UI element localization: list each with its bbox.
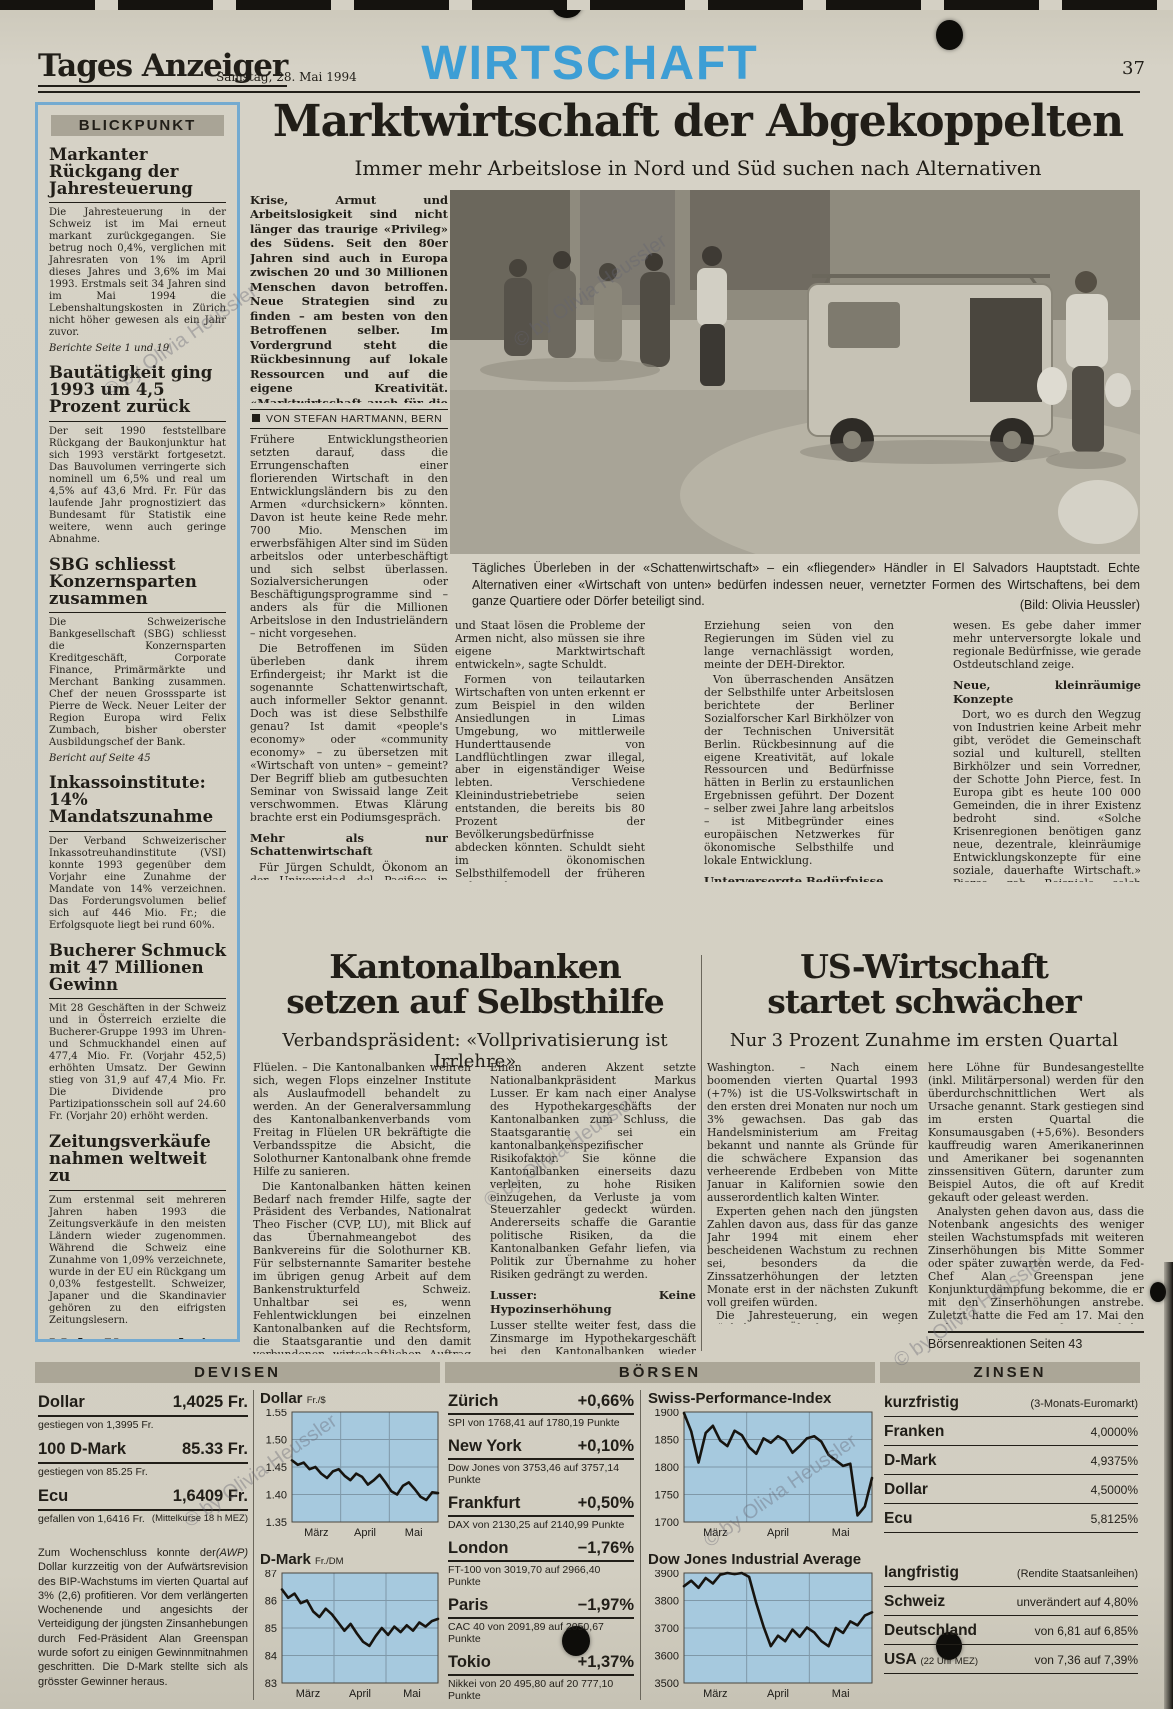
newspaper-page: Tages Anzeiger Samstag, 28. Mai 1994 WIR… bbox=[0, 0, 1173, 1709]
boersen-rows: Zürich+0,66% SPI von 1768,41 auf 1780,19… bbox=[448, 1392, 634, 1709]
sub-heading: Mehr als nur Schattenwirtschaft bbox=[250, 832, 448, 860]
exchange-row: Zürich+0,66% SPI von 1768,41 auf 1780,19… bbox=[448, 1392, 634, 1429]
scan-right-edge bbox=[1164, 1262, 1173, 1709]
currency-label: Ecu bbox=[38, 1487, 68, 1506]
exchange-pct: −1,76% bbox=[578, 1539, 634, 1558]
chart-title-text: Swiss-Performance-Index bbox=[648, 1390, 831, 1407]
photo-credit: (Bild: Olivia Heussler) bbox=[940, 598, 1140, 612]
street-scene-illustration bbox=[450, 190, 1140, 554]
currency-value: 1,4025 Fr. bbox=[173, 1393, 248, 1412]
article-reference: Berichte Seite 1 und 19 bbox=[49, 343, 226, 354]
svg-text:März: März bbox=[304, 1527, 328, 1539]
article-reference: Bericht auf Seite 45 bbox=[49, 753, 226, 764]
currency-note: gestiegen von 85.25 Fr. bbox=[38, 1466, 148, 1478]
exchange-pct: +0,66% bbox=[578, 1392, 634, 1411]
spi-chart-title: Swiss-Performance-Index bbox=[648, 1390, 876, 1407]
blickpunkt-article: Inkassoinstitute: 14% Mandatszunahme Der… bbox=[49, 775, 226, 931]
dollar-chart-title: Dollar Fr./$ bbox=[260, 1390, 440, 1407]
svg-text:1800: 1800 bbox=[655, 1462, 679, 1474]
sub-heading: Unterversorgte Bedürfnisse bbox=[704, 875, 894, 882]
svg-text:3900: 3900 bbox=[655, 1570, 679, 1580]
us-column-1: Washington. – Nach einem boomenden viert… bbox=[707, 1062, 918, 1324]
rate-label: USA (22 Uhr MEZ) bbox=[884, 1651, 978, 1669]
rate-value: 5,8125% bbox=[1091, 1512, 1138, 1526]
byline: VON STEFAN HARTMANN, BERN bbox=[250, 409, 448, 429]
rate-label-note: (22 Uhr MEZ) bbox=[920, 1656, 978, 1667]
exchange-note: Nikkei von 20 495,80 auf 20 777,10 Punkt… bbox=[448, 1676, 634, 1702]
svg-text:1.55: 1.55 bbox=[266, 1409, 287, 1419]
article-lead: Krise, Armut und Arbeitslosigkeit sind n… bbox=[250, 193, 448, 403]
byline-square-icon bbox=[252, 414, 260, 422]
rate-label: Schweiz bbox=[884, 1593, 945, 1611]
rate-row: Deutschland von 6,81 auf 6,85% bbox=[884, 1616, 1138, 1645]
us-economy-headline: US-Wirtschaft startet schwächer bbox=[703, 950, 1145, 1020]
rate-value: 4,0000% bbox=[1091, 1425, 1138, 1439]
headline-line: US-Wirtschaft bbox=[703, 950, 1145, 985]
scan-bottom-edge bbox=[0, 0, 1173, 10]
rate-section-scope: (Rendite Staatsanleihen) bbox=[1017, 1568, 1138, 1580]
exchange-row: New York+0,10% Dow Jones von 3753,46 auf… bbox=[448, 1437, 634, 1486]
article-body: Mit 28 Geschäften in der Schweiz und in … bbox=[49, 1003, 226, 1123]
exchange-note: FT-100 von 3019,70 auf 2966,40 Punkte bbox=[448, 1562, 634, 1588]
rate-row: Ecu 5,8125% bbox=[884, 1504, 1138, 1533]
currency-label: Dollar bbox=[38, 1393, 85, 1412]
rate-section-header: langfristig (Rendite Staatsanleihen) bbox=[884, 1558, 1138, 1587]
currency-note: gestiegen von 1,3995 Fr. bbox=[38, 1419, 154, 1431]
sub-heading: Neue, kleinräumige Konzepte bbox=[953, 679, 1141, 707]
rate-label: Ecu bbox=[884, 1510, 912, 1528]
article-title: Mehr Umsatz beim Werbefernsehen bbox=[49, 1338, 226, 1342]
punch-hole bbox=[936, 20, 963, 50]
exchange-note: SPI von 1768,41 auf 1780,19 Punkte bbox=[448, 1415, 634, 1429]
rate-label-text: USA bbox=[884, 1651, 916, 1668]
rate-value: unverändert auf 4,80% bbox=[1017, 1595, 1138, 1609]
dow-chart: 39003800370036003500MärzAprilMai bbox=[646, 1570, 874, 1702]
currency-row: 100 D-Mark85.33 Fr. gestiegen von 85.25 … bbox=[38, 1437, 248, 1484]
article-column-4: wesen. Es gebe daher immer mehr unterver… bbox=[953, 620, 1141, 882]
article-title: Zeitungsverkäufe nahmen weltweit zu bbox=[49, 1134, 226, 1190]
exchange-city: London bbox=[448, 1539, 508, 1558]
svg-text:1700: 1700 bbox=[655, 1517, 679, 1529]
boersen-reference: Börsenreaktionen Seiten 43 bbox=[928, 1337, 1144, 1351]
article-title: SBG schliesst Konzern­sparten zusammen bbox=[49, 557, 226, 613]
svg-text:Mai: Mai bbox=[832, 1527, 850, 1539]
exchange-note: DAX von 2130,25 auf 2140,99 Punkte bbox=[448, 1517, 634, 1531]
article-column-3: Erziehung seien von den Regierungen im S… bbox=[704, 620, 894, 882]
svg-text:1750: 1750 bbox=[655, 1490, 679, 1502]
article-column-1: Frühere Entwicklungstheorien setzten dar… bbox=[250, 434, 448, 880]
svg-text:April: April bbox=[767, 1688, 789, 1700]
svg-text:3700: 3700 bbox=[655, 1623, 679, 1635]
spi-chart: 19001850180017501700MärzAprilMai bbox=[646, 1409, 874, 1541]
blickpunkt-article: Zeitungsverkäufe nahmen weltweit zu Zum … bbox=[49, 1134, 226, 1326]
panel-divider bbox=[253, 1390, 254, 1700]
boersen-header: BÖRSEN bbox=[445, 1362, 875, 1383]
chart-title-text: Dollar bbox=[260, 1390, 303, 1407]
dow-chart-title: Dow Jones Industrial Average bbox=[648, 1551, 876, 1568]
exchange-row: Paris−1,97% CAC 40 von 2091,89 auf 2050,… bbox=[448, 1596, 634, 1645]
paragraph: Frühere Entwicklungstheorien setzten dar… bbox=[250, 434, 448, 641]
exchange-row: Frankfurt+0,50% DAX von 2130,25 auf 2140… bbox=[448, 1494, 634, 1531]
us-economy-subhead: Nur 3 Prozent Zunahme im ersten Quartal bbox=[703, 1030, 1145, 1051]
paragraph: Die Betroffenen im Süden überleben dank … bbox=[250, 643, 448, 824]
svg-text:3600: 3600 bbox=[655, 1651, 679, 1663]
kantonalbanken-column-2: Einen anderen Akzent setzte Nationalbank… bbox=[490, 1062, 696, 1354]
svg-text:87: 87 bbox=[265, 1570, 277, 1580]
us-column-2: here Löhne für Bundesangestellte (inkl. … bbox=[928, 1062, 1144, 1324]
exchange-note: CAC 40 von 2091,89 auf 2050,67 Punkte bbox=[448, 1619, 634, 1645]
paragraph: Die Kantonalbanken hätten keinen Bedarf … bbox=[253, 1181, 471, 1354]
exchange-row: London−1,76% FT-100 von 3019,70 auf 2966… bbox=[448, 1539, 634, 1588]
article-body: Die Schweizerische Bankgesellschaft (SBG… bbox=[49, 617, 226, 749]
agency-signature: (AWP) bbox=[216, 1546, 248, 1560]
rate-section-title: langfristig bbox=[884, 1564, 959, 1582]
page-number: 37 bbox=[1122, 58, 1145, 79]
kantonalbanken-headline: Kantonalbanken setzen auf Selbsthilfe bbox=[250, 950, 700, 1020]
blickpunkt-article: SBG schliesst Konzern­sparten zusammen D… bbox=[49, 557, 226, 764]
paragraph: Dort, wo es durch den Wegzug von Industr… bbox=[953, 709, 1141, 882]
rate-section-header: kurzfristig (3-Monats-Euromarkt) bbox=[884, 1388, 1138, 1417]
kantonalbanken-column-1: Flüelen. – Die Kantonalbanken wehren sic… bbox=[253, 1062, 471, 1354]
currency-note: gefallen von 1,6416 Fr. bbox=[38, 1513, 145, 1525]
paragraph: Erziehung seien von den Regierungen im S… bbox=[704, 620, 894, 672]
exchange-pct: +0,50% bbox=[578, 1494, 634, 1513]
svg-text:April: April bbox=[354, 1527, 376, 1539]
headline-line: startet schwächer bbox=[703, 985, 1145, 1020]
article-body: Zum erstenmal seit mehreren Jahren haben… bbox=[49, 1195, 226, 1327]
rate-row: Franken 4,0000% bbox=[884, 1417, 1138, 1446]
paragraph: Washington. – Nach einem boomenden viert… bbox=[707, 1062, 918, 1204]
rate-label: Deutschland bbox=[884, 1622, 977, 1640]
main-subhead: Immer mehr Arbeitslose in Nord und Süd s… bbox=[252, 156, 1144, 180]
zinsen-long-term: langfristig (Rendite Staatsanleihen) Sch… bbox=[884, 1558, 1138, 1674]
rate-value: von 7,36 auf 7,39% bbox=[1035, 1653, 1138, 1667]
exchange-city: Tokio bbox=[448, 1653, 491, 1672]
headline-line: setzen auf Selbsthilfe bbox=[250, 985, 700, 1020]
rate-row: USA (22 Uhr MEZ) von 7,36 auf 7,39% bbox=[884, 1645, 1138, 1674]
svg-text:März: März bbox=[296, 1688, 320, 1700]
rate-section-title: kurzfristig bbox=[884, 1394, 959, 1412]
exchange-pct: +1,37% bbox=[578, 1653, 634, 1672]
exchange-pct: −1,97% bbox=[578, 1596, 634, 1615]
dollar-chart: 1.551.501.451.401.35MärzAprilMai bbox=[258, 1409, 440, 1541]
panel-divider bbox=[640, 1390, 641, 1700]
exchange-city: Paris bbox=[448, 1596, 488, 1615]
svg-text:83: 83 bbox=[265, 1678, 277, 1690]
headline-line: Kantonalbanken bbox=[250, 950, 700, 985]
article-body: Der Verband Schweizerischer Inkassotreuh… bbox=[49, 836, 226, 932]
rate-value: von 6,81 auf 6,85% bbox=[1035, 1624, 1138, 1638]
issue-date: Samstag, 28. Mai 1994 bbox=[216, 70, 357, 84]
rate-label: D-Mark bbox=[884, 1452, 937, 1470]
chart-unit: Fr./$ bbox=[307, 1395, 326, 1406]
paragraph: Für Jürgen Schuldt, Ökonom an der Univer… bbox=[250, 862, 448, 880]
svg-text:3500: 3500 bbox=[655, 1678, 679, 1690]
svg-text:Mai: Mai bbox=[832, 1688, 850, 1700]
paragraph: Flüelen. – Die Kantonalbanken wehren sic… bbox=[253, 1062, 471, 1179]
svg-text:1900: 1900 bbox=[655, 1409, 679, 1419]
exchange-city: Frankfurt bbox=[448, 1494, 520, 1513]
exchange-city: New York bbox=[448, 1437, 522, 1456]
article-title: Markanter Rückgang der Jahresteuerung bbox=[49, 147, 226, 203]
exchange-pct: +0,10% bbox=[578, 1437, 634, 1456]
chart-title-text: Dow Jones Industrial Average bbox=[648, 1551, 861, 1568]
paragraph: here Löhne für Bundesangestellte (inkl. … bbox=[928, 1062, 1144, 1204]
chart-unit: Fr./DM bbox=[315, 1556, 344, 1567]
rate-row: Schweiz unverändert auf 4,80% bbox=[884, 1587, 1138, 1616]
commentary-text: Zum Wochenschluss konnte der Dollar kurz… bbox=[38, 1547, 248, 1688]
svg-text:April: April bbox=[767, 1527, 789, 1539]
article-title: Inkassoinstitute: 14% Mandatszunahme bbox=[49, 775, 226, 831]
byline-text: VON STEFAN HARTMANN, BERN bbox=[266, 413, 442, 425]
article-title: Bucherer Schmuck mit 47 Millionen Gewinn bbox=[49, 943, 226, 999]
svg-text:Mai: Mai bbox=[403, 1688, 421, 1700]
rate-value: 4,5000% bbox=[1091, 1483, 1138, 1497]
dmark-chart-title: D-Mark Fr./DM bbox=[260, 1551, 440, 1568]
paragraph: und Staat lösen die Probleme der Armen n… bbox=[455, 620, 645, 672]
svg-text:85: 85 bbox=[265, 1623, 277, 1635]
paragraph: Die Jahresteuerung, ein wegen möglicher … bbox=[707, 1310, 918, 1324]
blickpunkt-article: Bucherer Schmuck mit 47 Millionen Gewinn… bbox=[49, 943, 226, 1123]
svg-text:3800: 3800 bbox=[655, 1596, 679, 1608]
rate-section-scope: (3-Monats-Euromarkt) bbox=[1030, 1398, 1138, 1410]
blickpunkt-box: BLICKPUNKT Markanter Rückgang der Jahres… bbox=[35, 102, 240, 1342]
zinsen-header: ZINSEN bbox=[880, 1362, 1140, 1383]
paragraph: wesen. Es gebe daher immer mehr unterver… bbox=[953, 620, 1141, 672]
column-divider bbox=[701, 955, 702, 1351]
paragraph: Lusser stellte weiter fest, dass die Zin… bbox=[490, 1320, 696, 1354]
paragraph: Formen von teilautarken Wirtschaften von… bbox=[455, 674, 645, 882]
svg-text:März: März bbox=[703, 1688, 727, 1700]
zinsen-short-term: kurzfristig (3-Monats-Euromarkt) Franken… bbox=[884, 1388, 1138, 1533]
sub-heading: Lusser: Keine Hypozinserhöhung bbox=[490, 1289, 696, 1317]
rate-label: Dollar bbox=[884, 1481, 928, 1499]
dmark-chart: 8786858483MärzAprilMai bbox=[258, 1570, 440, 1702]
rate-label: Franken bbox=[884, 1423, 944, 1441]
svg-text:April: April bbox=[349, 1688, 371, 1700]
currency-value: 85.33 Fr. bbox=[182, 1440, 248, 1459]
article-body: Der seit 1990 feststellbare Rückgang der… bbox=[49, 426, 226, 546]
exchange-row: Tokio+1,37% Nikkei von 20 495,80 auf 20 … bbox=[448, 1653, 634, 1702]
article-photo bbox=[450, 190, 1140, 554]
exchange-note: Dow Jones von 3753,46 auf 3757,14 Punkte bbox=[448, 1460, 634, 1486]
currency-label: 100 D-Mark bbox=[38, 1440, 126, 1459]
rate-row: Dollar 4,5000% bbox=[884, 1475, 1138, 1504]
svg-text:1.40: 1.40 bbox=[266, 1490, 287, 1502]
currency-row: Dollar1,4025 Fr. gestiegen von 1,3995 Fr… bbox=[38, 1390, 248, 1437]
svg-text:86: 86 bbox=[265, 1596, 277, 1608]
main-headline: Marktwirtschaft der Abgekoppelten bbox=[252, 100, 1144, 144]
header-rule bbox=[38, 91, 1140, 93]
chart-title-text: D-Mark bbox=[260, 1551, 311, 1568]
svg-text:84: 84 bbox=[265, 1651, 277, 1663]
section-title: WIRTSCHAFT bbox=[380, 36, 800, 91]
svg-text:1850: 1850 bbox=[655, 1435, 679, 1447]
svg-text:1.35: 1.35 bbox=[266, 1517, 287, 1529]
paragraph: Von überraschenden Ansätzen der Selbsthi… bbox=[704, 674, 894, 868]
blickpunkt-header: BLICKPUNKT bbox=[51, 115, 224, 136]
rate-row: D-Mark 4,9375% bbox=[884, 1446, 1138, 1475]
rate-value: 4,9375% bbox=[1091, 1454, 1138, 1468]
blickpunkt-article: Mehr Umsatz beim Werbefernsehen Auf den … bbox=[49, 1338, 226, 1342]
paragraph: Experten gehen nach den jüngsten Zahlen … bbox=[707, 1206, 918, 1310]
exchange-city: Zürich bbox=[448, 1392, 498, 1411]
article-column-2: und Staat lösen die Probleme der Armen n… bbox=[455, 620, 645, 882]
devisen-commentary: (AWP) Zum Wochenschluss konnte der Dolla… bbox=[38, 1546, 248, 1689]
blickpunkt-article: Bautätigkeit ging 1993 um 4,5 Prozent zu… bbox=[49, 365, 226, 545]
svg-text:Mai: Mai bbox=[405, 1527, 423, 1539]
devisen-header: DEVISEN bbox=[35, 1362, 440, 1383]
